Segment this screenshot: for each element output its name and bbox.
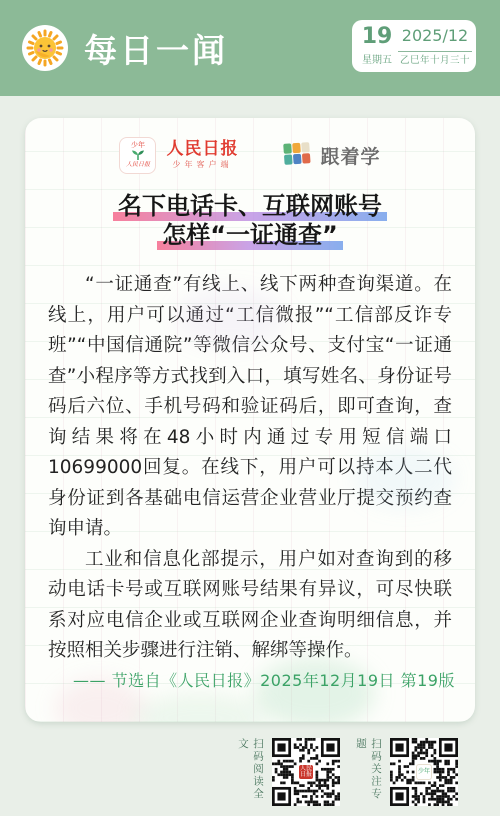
page-title: 每日一闻 <box>84 25 228 72</box>
qr2-center-logo-icon: 少年 <box>416 764 432 780</box>
article-title-line1: 名下电话卡、互联网账号 <box>113 192 387 221</box>
article-card: 少年 人民日报 人民日报 少年客户端 跟着学 名下电话卡、互联网账号 怎样“一证… <box>25 118 475 722</box>
date-weekday: 星期五 <box>356 52 398 72</box>
qr-footer: 扫码阅读全文 人民日报 扫码关注专题 少年 <box>236 738 458 806</box>
article-title: 名下电话卡、互联网账号 怎样“一证通查” <box>25 192 475 250</box>
article-body: “一证通查”有线上、线下两种查询渠道。在线上，用户可以通过“工信微报”“工信部反… <box>48 270 452 667</box>
source-attribution: —— 节选自《人民日报》2025年12月19日 第19版 <box>35 668 455 691</box>
books-stack-icon <box>284 142 312 168</box>
date-lunar: 乙巳年十月三十 <box>398 52 472 72</box>
decor-green-blob <box>135 693 265 722</box>
qr-group-read-full: 扫码阅读全文 人民日报 <box>236 738 340 806</box>
masthead-logos: 少年 人民日报 人民日报 少年客户端 跟着学 <box>25 132 475 178</box>
qr-follow-topic-code-icon: 少年 <box>390 738 458 806</box>
sun-icon <box>22 25 68 71</box>
qr-read-full-code-icon: 人民日报 <box>272 738 340 806</box>
qr1-center-logo-icon: 人民日报 <box>298 764 314 780</box>
badge-script-label: 人民日报 <box>126 161 150 168</box>
sprout-icon <box>130 149 146 161</box>
peoples-daily-logo: 人民日报 <box>166 139 238 159</box>
badge-top-label: 少年 <box>131 142 145 149</box>
qr-group-follow-topic: 扫码关注专题 少年 <box>354 738 458 806</box>
date-day: 19 <box>356 22 398 52</box>
date-box: 19 2025/12 星期五 乙巳年十月三十 <box>352 20 476 72</box>
qr-follow-topic-label: 扫码关注专题 <box>354 738 384 806</box>
date-month: 2025/12 <box>398 22 472 52</box>
qr-read-full-label: 扫码阅读全文 <box>236 738 266 806</box>
article-paragraph-2: 工业和信息化部提示，用户如对查询到的移动电话卡号或互联网账号结果有异议，可尽快联… <box>48 545 452 667</box>
article-title-line2: 怎样“一证通查” <box>157 221 343 250</box>
shaonian-sprout-logo-icon: 少年 人民日报 <box>119 137 156 174</box>
follow-along-label: 跟着学 <box>320 142 380 169</box>
header-bar: 每日一闻 19 2025/12 星期五 乙巳年十月三十 <box>0 0 500 96</box>
article-paragraph-1: “一证通查”有线上、线下两种查询渠道。在线上，用户可以通过“工信微报”“工信部反… <box>48 270 452 545</box>
peoples-daily-sub-label: 少年客户端 <box>172 159 232 171</box>
